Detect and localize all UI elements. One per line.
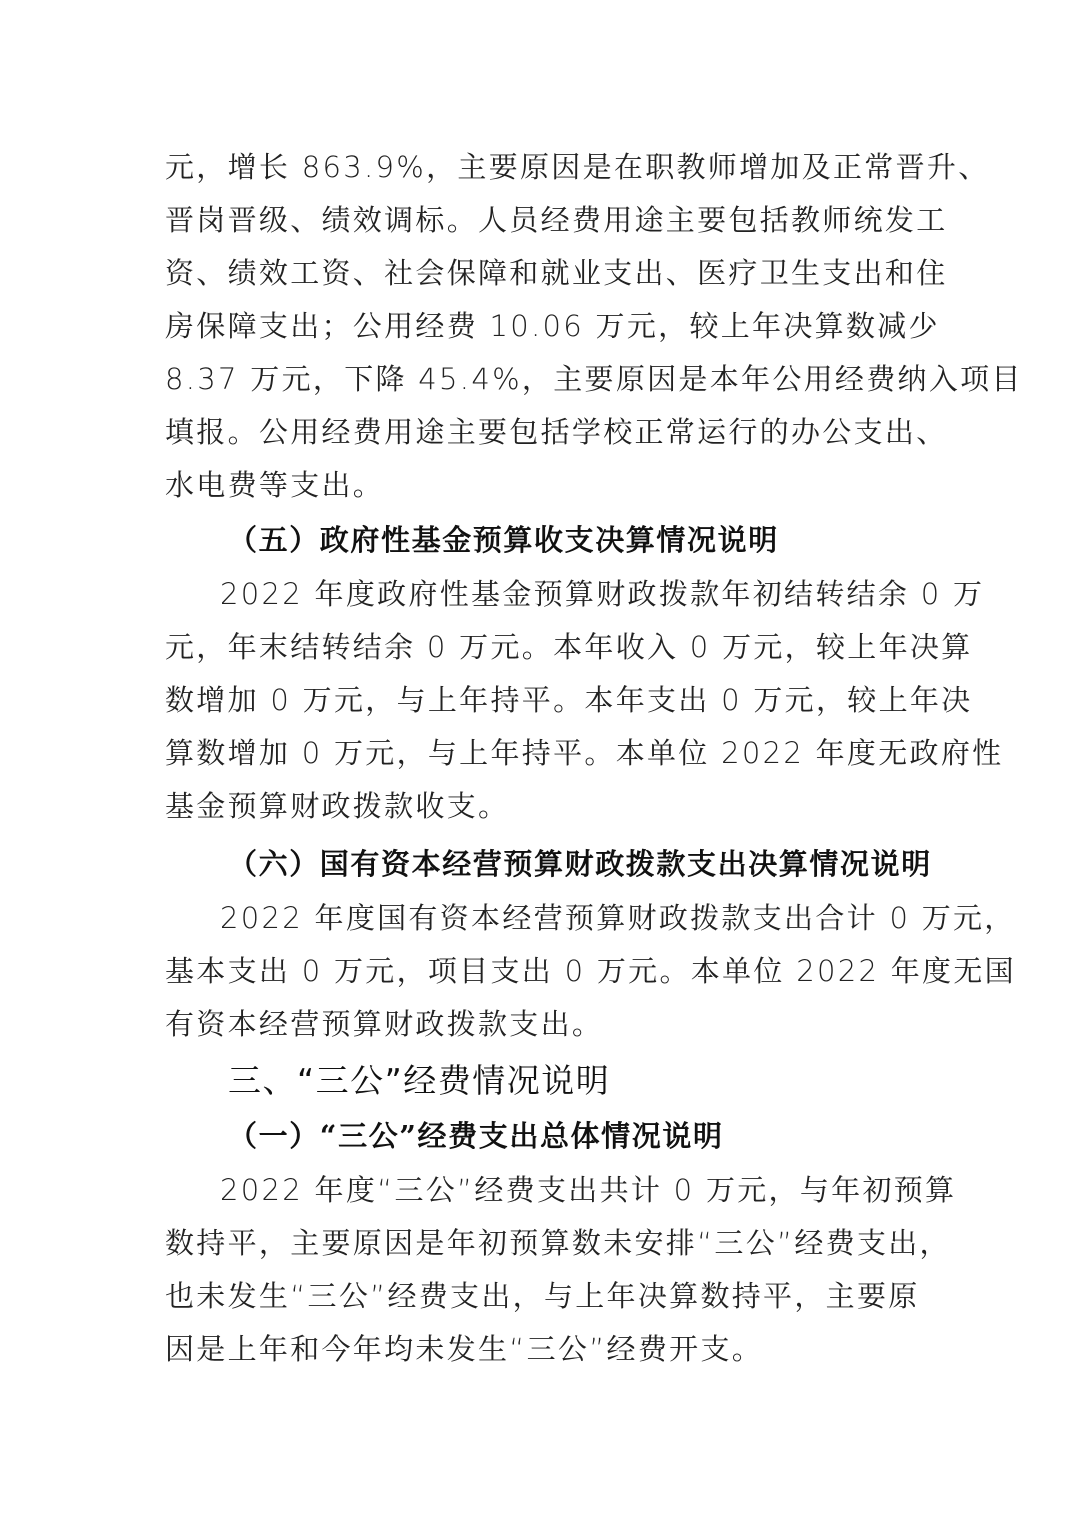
document-page: 元，增长 863.9%，主要原因是在职教师增加及正常晋升、 晋岗晋级、绩效调标。… (0, 0, 1074, 1520)
section-heading: （五）政府性基金预算收支决算情况说明 (228, 520, 779, 560)
paragraph-line: 因是上年和今年均未发生“三公”经费开支。 (165, 1329, 763, 1369)
paragraph-line: 2022 年度政府性基金预算财政拨款年初结转结余 0 万 (220, 574, 984, 614)
paragraph-line: 2022 年度国有资本经营预算财政拨款支出合计 0 万元， (220, 898, 1016, 938)
paragraph-line: 数持平，主要原因是年初预算数未安排“三公”经费支出， (165, 1223, 951, 1263)
paragraph-line: 水电费等支出。 (165, 465, 384, 505)
paragraph-line: 填报。公用经费用途主要包括学校正常运行的办公支出、 (165, 412, 948, 452)
paragraph-line: 基金预算财政拨款收支。 (165, 786, 509, 826)
part-title: 三、“三公”经费情况说明 (228, 1059, 610, 1103)
paragraph-line: 有资本经营预算财政拨款支出。 (165, 1004, 603, 1044)
paragraph-line: 算数增加 0 万元，与上年持平。本单位 2022 年度无政府性 (165, 733, 1003, 773)
paragraph-line: 元，增长 863.9%，主要原因是在职教师增加及正常晋升、 (165, 147, 990, 187)
paragraph-line: 晋岗晋级、绩效调标。人员经费用途主要包括教师统发工 (165, 200, 948, 240)
paragraph-line: 数增加 0 万元，与上年持平。本年支出 0 万元，较上年决 (165, 680, 972, 720)
paragraph-line: 基本支出 0 万元，项目支出 0 万元。本单位 2022 年度无国 (165, 951, 1016, 991)
paragraph-line: 元，年末结转结余 0 万元。本年收入 0 万元，较上年决算 (165, 627, 972, 667)
paragraph-line: 8.37 万元，下降 45.4%，主要原因是本年公用经费纳入项目 (165, 359, 1023, 399)
paragraph-line: 房保障支出；公用经费 10.06 万元，较上年决算数减少 (165, 306, 940, 346)
paragraph-line: 也未发生“三公”经费支出，与上年决算数持平，主要原 (165, 1276, 920, 1316)
subsection-heading: （一）“三公”经费支出总体情况说明 (228, 1116, 724, 1156)
section-heading: （六）国有资本经营预算财政拨款支出决算情况说明 (228, 844, 932, 884)
paragraph-line: 资、绩效工资、社会保障和就业支出、医疗卫生支出和住 (165, 253, 948, 293)
paragraph-line: 2022 年度“三公”经费支出共计 0 万元，与年初预算 (220, 1170, 956, 1210)
